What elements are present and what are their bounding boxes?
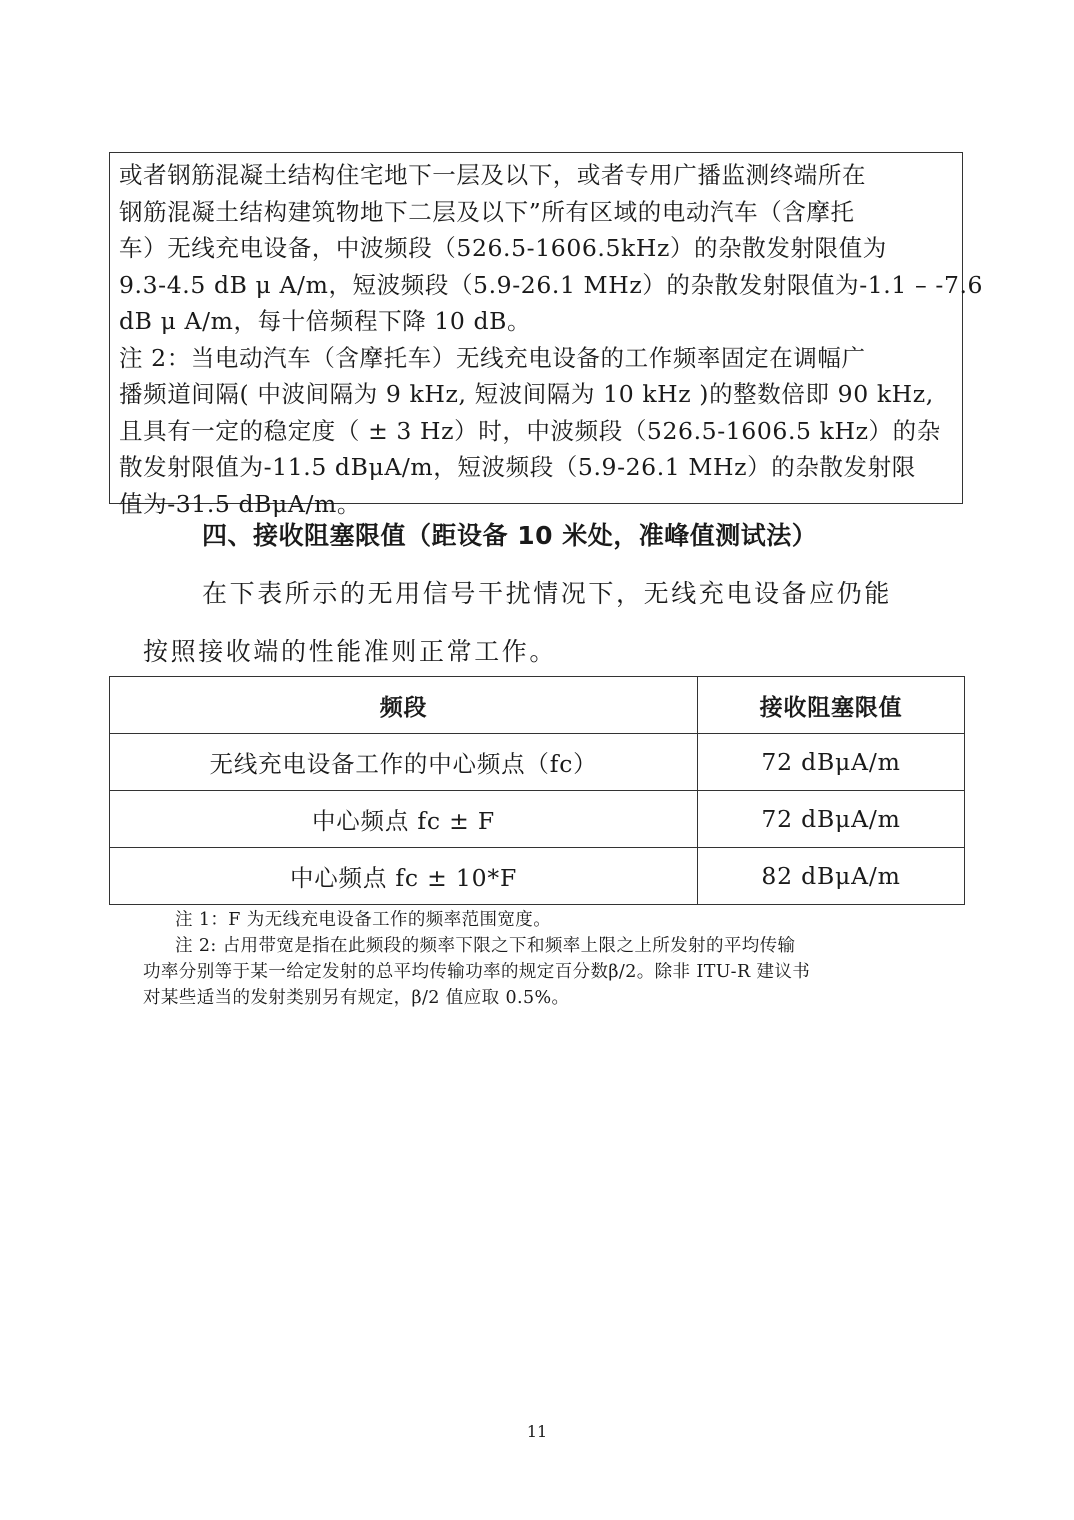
section-paragraph-line-2: 按照接收端的性能准则正常工作。	[143, 632, 557, 668]
table-row: 无线充电设备工作的中心频点（fc） 72 dBμA/m	[110, 734, 965, 791]
header-frequency-band: 频段	[110, 677, 698, 734]
table-row: 中心频点 fc ± F 72 dBμA/m	[110, 791, 965, 848]
note-box: 或者钢筋混凝土结构住宅地下一层及以下，或者专用广播监测终端所在 钢筋混凝土结构建…	[109, 152, 963, 504]
footnote-2-line-3: 对某些适当的发射类别另有规定，β/2 值应取 0.5%。	[143, 985, 943, 1011]
blocking-limits-table: 频段 接收阻塞限值 无线充电设备工作的中心频点（fc） 72 dBμA/m 中心…	[109, 676, 965, 905]
section-paragraph-line-1: 在下表所示的无用信号干扰情况下，无线充电设备应仍能	[202, 574, 892, 610]
table-row: 中心频点 fc ± 10*F 82 dBμA/m	[110, 848, 965, 905]
footnote-2-line-2: 功率分别等于某一给定发射的总平均传输功率的规定百分数β/2。除非 ITU-R 建…	[143, 959, 943, 985]
note-line: 散发射限值为-11.5 dBμA/m，短波频段（5.9-26.1 MHz）的杂散…	[119, 449, 962, 486]
header-blocking-limit: 接收阻塞限值	[698, 677, 965, 734]
section-heading: 四、接收阻塞限值（距设备 10 米处，准峰值测试法）	[202, 516, 817, 552]
note-line: 注 2：当电动汽车（含摩托车）无线充电设备的工作频率固定在调幅广	[119, 340, 962, 377]
footnote-2-line-1: 注 2: 占用带宽是指在此频段的频率下限之下和频率上限之上所发射的平均传输	[143, 933, 943, 959]
cell-limit: 72 dBμA/m	[698, 734, 965, 791]
note-line: 车）无线充电设备，中波频段（526.5-1606.5kHz）的杂散发射限值为	[119, 230, 962, 267]
note-line: 或者钢筋混凝土结构住宅地下一层及以下，或者专用广播监测终端所在	[119, 157, 962, 194]
cell-limit: 72 dBμA/m	[698, 791, 965, 848]
cell-band: 无线充电设备工作的中心频点（fc）	[110, 734, 698, 791]
table-footnotes: 注 1：F 为无线充电设备工作的频率范围宽度。 注 2: 占用带宽是指在此频段的…	[143, 907, 943, 1011]
table-header-row: 频段 接收阻塞限值	[110, 677, 965, 734]
cell-band: 中心频点 fc ± 10*F	[110, 848, 698, 905]
note-line: 且具有一定的稳定度（ ± 3 Hz）时，中波频段（526.5-1606.5 kH…	[119, 413, 962, 450]
cell-band: 中心频点 fc ± F	[110, 791, 698, 848]
note-line: 播频道间隔( 中波间隔为 9 kHz, 短波间隔为 10 kHz )的整数倍即 …	[119, 376, 962, 413]
note-line: dB μ A/m，每十倍频程下降 10 dB。	[119, 303, 962, 340]
note-line: 钢筋混凝土结构建筑物地下二层及以下”所有区域的电动汽车（含摩托	[119, 194, 962, 231]
note-line: 9.3-4.5 dB μ A/m，短波频段（5.9-26.1 MHz）的杂散发射…	[119, 267, 962, 304]
footnote-1: 注 1：F 为无线充电设备工作的频率范围宽度。	[143, 907, 943, 933]
page-number: 11	[0, 1422, 1074, 1441]
cell-limit: 82 dBμA/m	[698, 848, 965, 905]
